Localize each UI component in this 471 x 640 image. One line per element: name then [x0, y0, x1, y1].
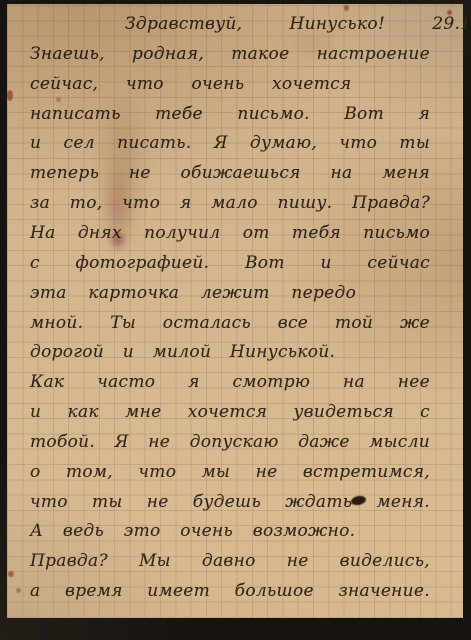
letter-line: с фотографией. Вот и сейчас: [30, 253, 430, 283]
letter-line: и как мне хочется увидеться с: [30, 402, 430, 432]
letter-photo: Здравствуй, Нинусько! 29.12.45г.Знаешь, …: [0, 0, 471, 640]
letter-line: тобой. Я не допускаю даже мысли: [30, 432, 430, 462]
letter-line: дорогой и милой Нинуськой.: [30, 342, 430, 372]
letter-line: эта карточка лежит передо: [30, 283, 430, 313]
letter-line: А ведь это очень возможно.: [30, 521, 430, 551]
letter-line: о том, что мы не встретимся,: [30, 462, 430, 492]
letter-line: за то, что я мало пишу. Правда?: [30, 193, 430, 223]
letter-line: Здравствуй, Нинусько! 29.12.45г.: [30, 14, 471, 44]
letter-line: сейчас, что очень хочется: [30, 74, 430, 104]
letter-line: а время имеет большое значение.: [30, 581, 430, 611]
letter-paper: Здравствуй, Нинусько! 29.12.45г.Знаешь, …: [7, 4, 463, 618]
letter-line: Правда? Мы давно не виделись,: [30, 551, 430, 581]
letter-line: и сел писать. Я думаю, что ты: [30, 133, 430, 163]
letter-line: На днях получил от тебя письмо: [30, 223, 430, 253]
letter-line: теперь не обижаешься на меня: [30, 163, 430, 193]
letter-line: что ты не будешь ждать меня.: [30, 492, 430, 522]
letter-line: мной. Ты осталась все той же: [30, 313, 430, 343]
letter-line: Как часто я смотрю на нее: [30, 372, 430, 402]
letter-line: написать тебе письмо. Вот я: [30, 104, 430, 134]
letter-line: Знаешь, родная, такое настроение: [30, 44, 430, 74]
